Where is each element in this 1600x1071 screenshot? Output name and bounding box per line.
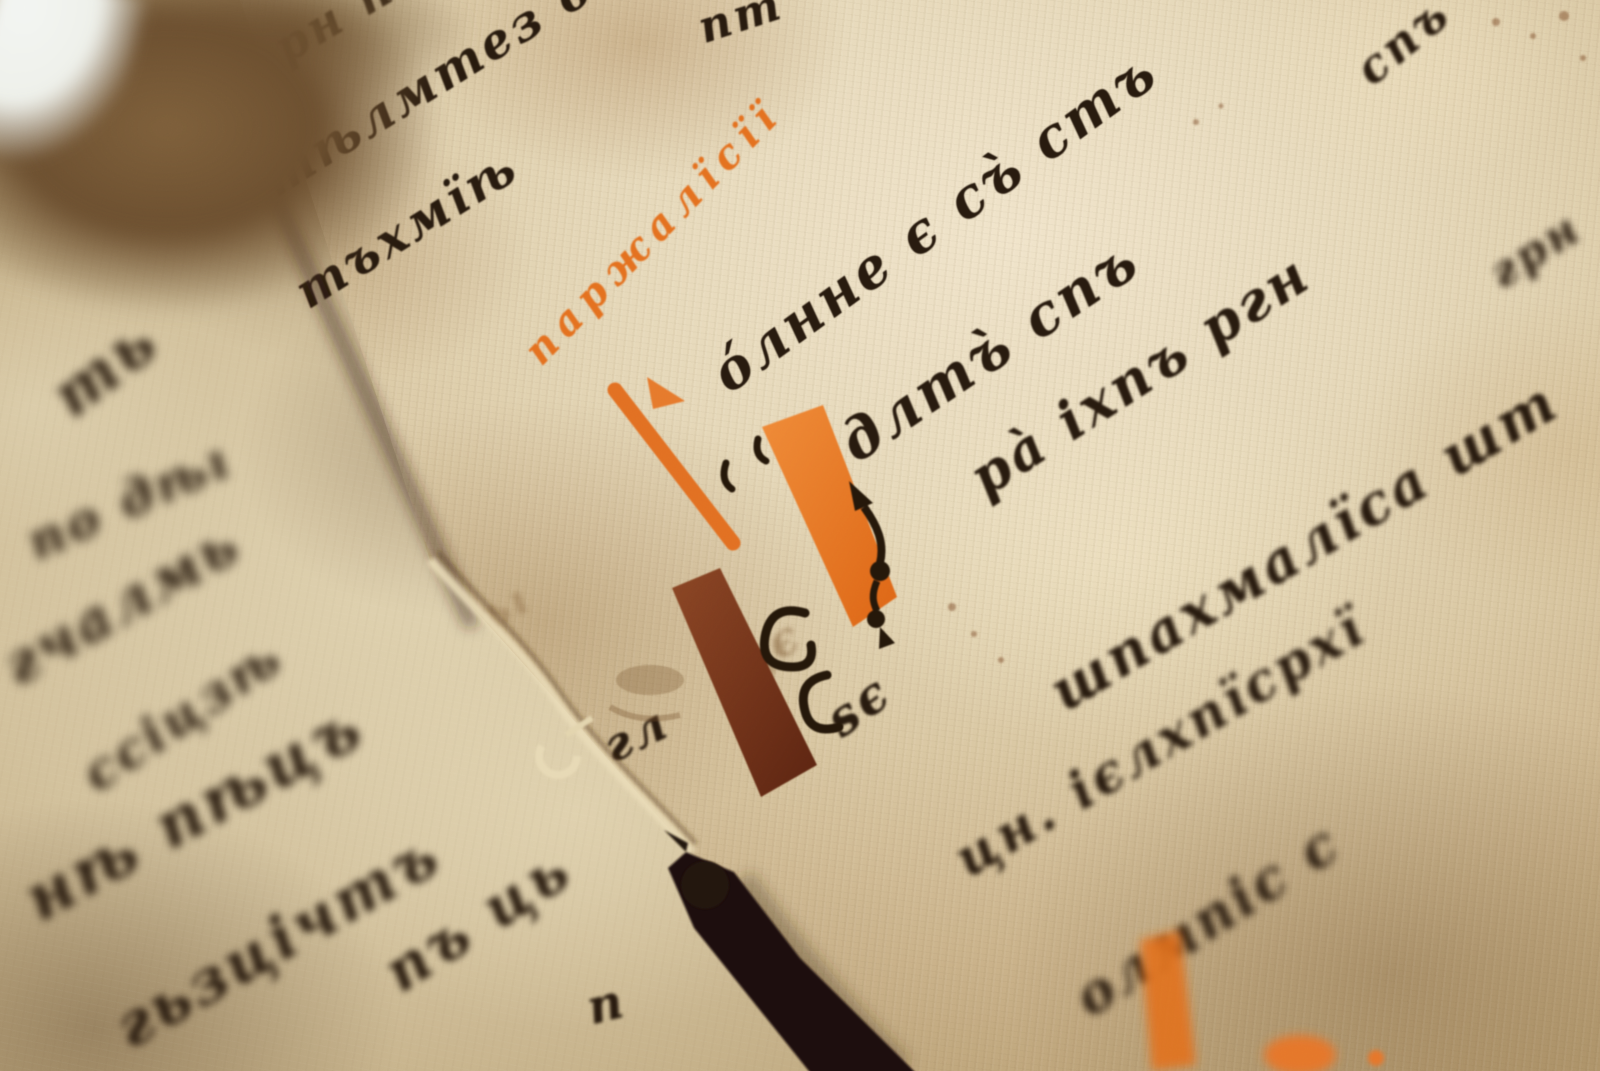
initial-black-curl xyxy=(764,611,811,667)
initial-chain-bead xyxy=(867,610,885,628)
text-line: пт xyxy=(693,0,789,51)
initial-chain-stroke xyxy=(873,581,877,611)
initial-comma-mark xyxy=(757,439,766,461)
initial-ghost-stain xyxy=(616,665,684,695)
text-line: спъ xyxy=(1347,0,1458,93)
initial-maroon-wedge xyxy=(672,568,817,797)
initial-ghost-stroke xyxy=(610,707,680,719)
text-line: грн xyxy=(1482,205,1589,296)
ornate-initial xyxy=(555,375,985,835)
initial-orange-hairline xyxy=(615,390,733,543)
initial-chain-bead xyxy=(870,561,890,581)
text-fragment: п xyxy=(582,976,631,1032)
initial-comma-mark xyxy=(724,463,732,489)
manuscript-photo: ть по дѣı гчалмь ссіцзѣ нѣ пѣцъ гьзцічтъ… xyxy=(0,0,1600,1071)
ink-bleed-ghost: ъı xyxy=(473,578,538,638)
text-line: олмпіс с xyxy=(1065,814,1349,1024)
initial-chain-foot xyxy=(879,627,895,649)
initial-orange-flag xyxy=(647,377,685,409)
initial-black-curl xyxy=(803,675,839,729)
